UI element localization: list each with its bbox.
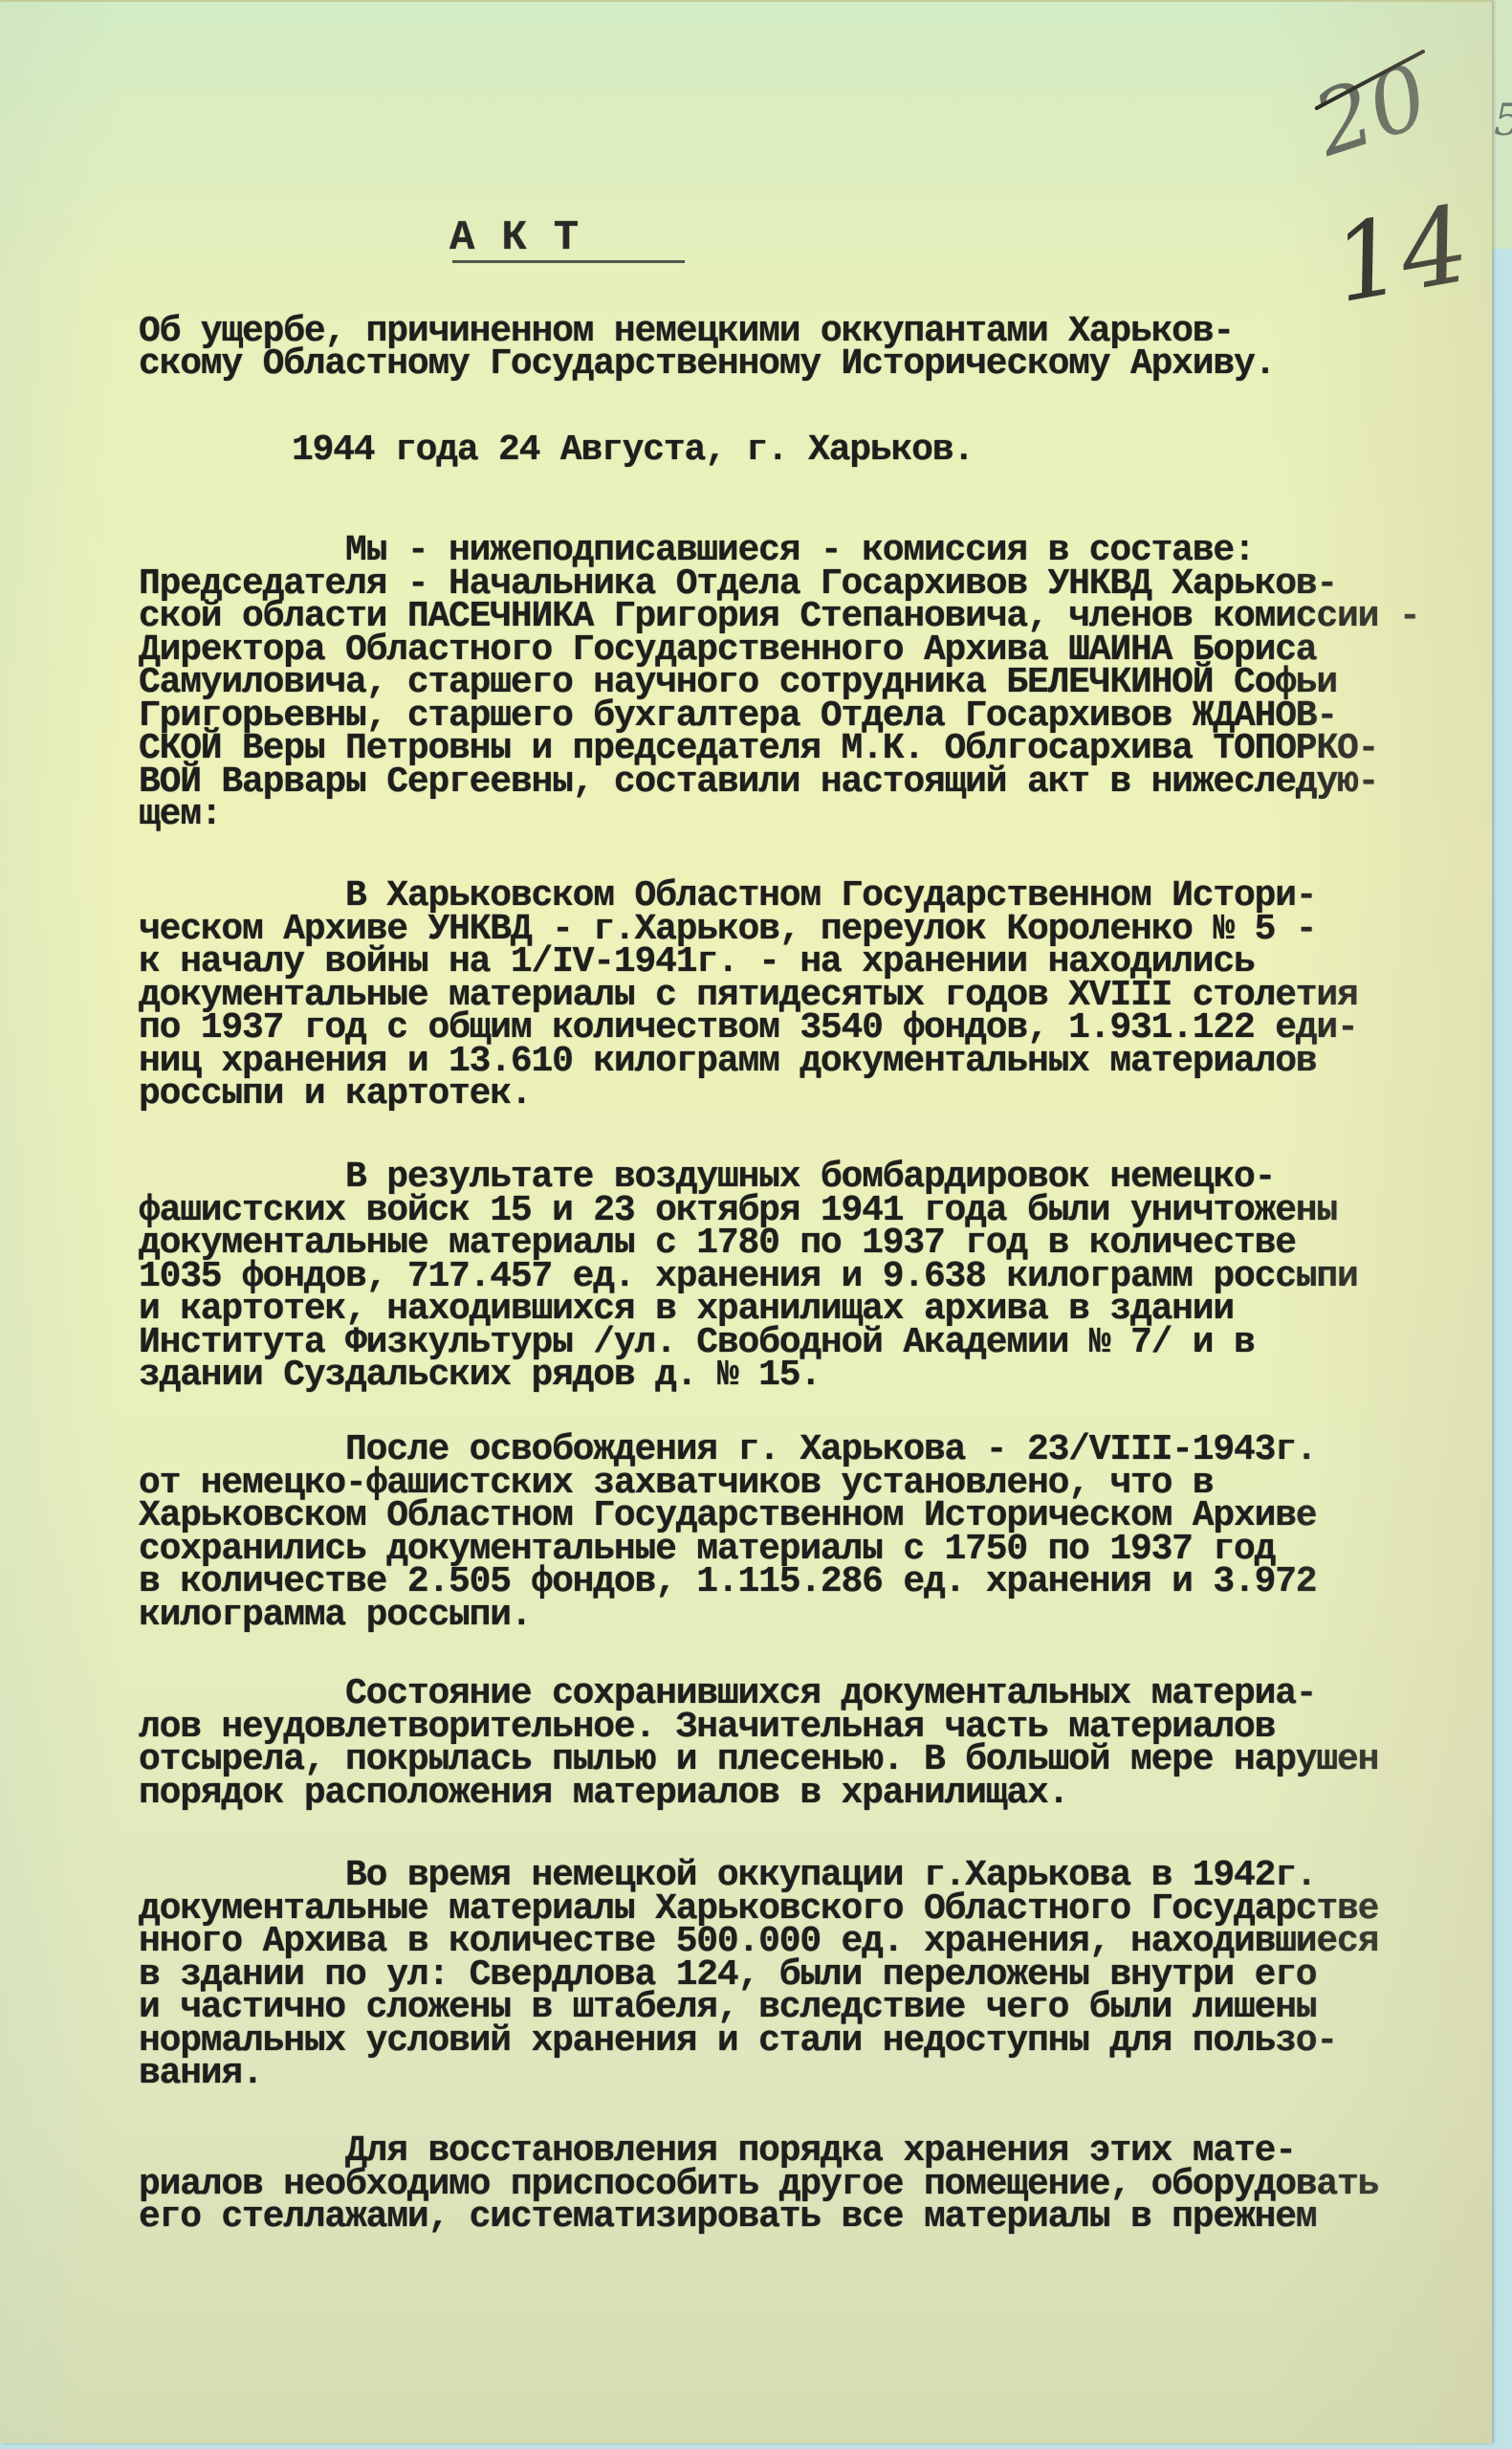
document-title: АКТ bbox=[449, 214, 605, 262]
new-folio-number: 14 bbox=[1325, 183, 1478, 326]
paragraph-5-line: порядок расположения материалов в хранил… bbox=[139, 1777, 1068, 1811]
subject-line-2: скому Областному Государственному Истори… bbox=[139, 348, 1275, 382]
underlying-page-handwritten-mark: 5 bbox=[1494, 86, 1512, 239]
date-line: 1944 года 24 Августа, г. Харьков. bbox=[292, 434, 974, 468]
paragraph-1-line: щем: bbox=[139, 799, 221, 832]
paragraph-4-line: килограмма россыпи. bbox=[139, 1600, 531, 1633]
title-underline bbox=[452, 260, 685, 263]
document-page: 20 14 АКТ Об ущербе, причиненном немецки… bbox=[0, 0, 1492, 2443]
paragraph-2-line: россыпи и картотек. bbox=[139, 1078, 531, 1112]
paragraph-3-line: здании Суздальских рядов д. № 15. bbox=[139, 1359, 821, 1393]
paragraph-7-line: его стеллажами, систематизировать все ма… bbox=[139, 2201, 1316, 2235]
old-folio-number: 20 bbox=[1302, 45, 1439, 177]
paragraph-6-line: нормальных условий хранения и стали недо… bbox=[139, 2025, 1337, 2059]
paragraph-6-line: вания. bbox=[139, 2058, 263, 2091]
paragraph-1-line: ВОЙ Варвары Сергеевны, составили настоящ… bbox=[139, 766, 1378, 800]
